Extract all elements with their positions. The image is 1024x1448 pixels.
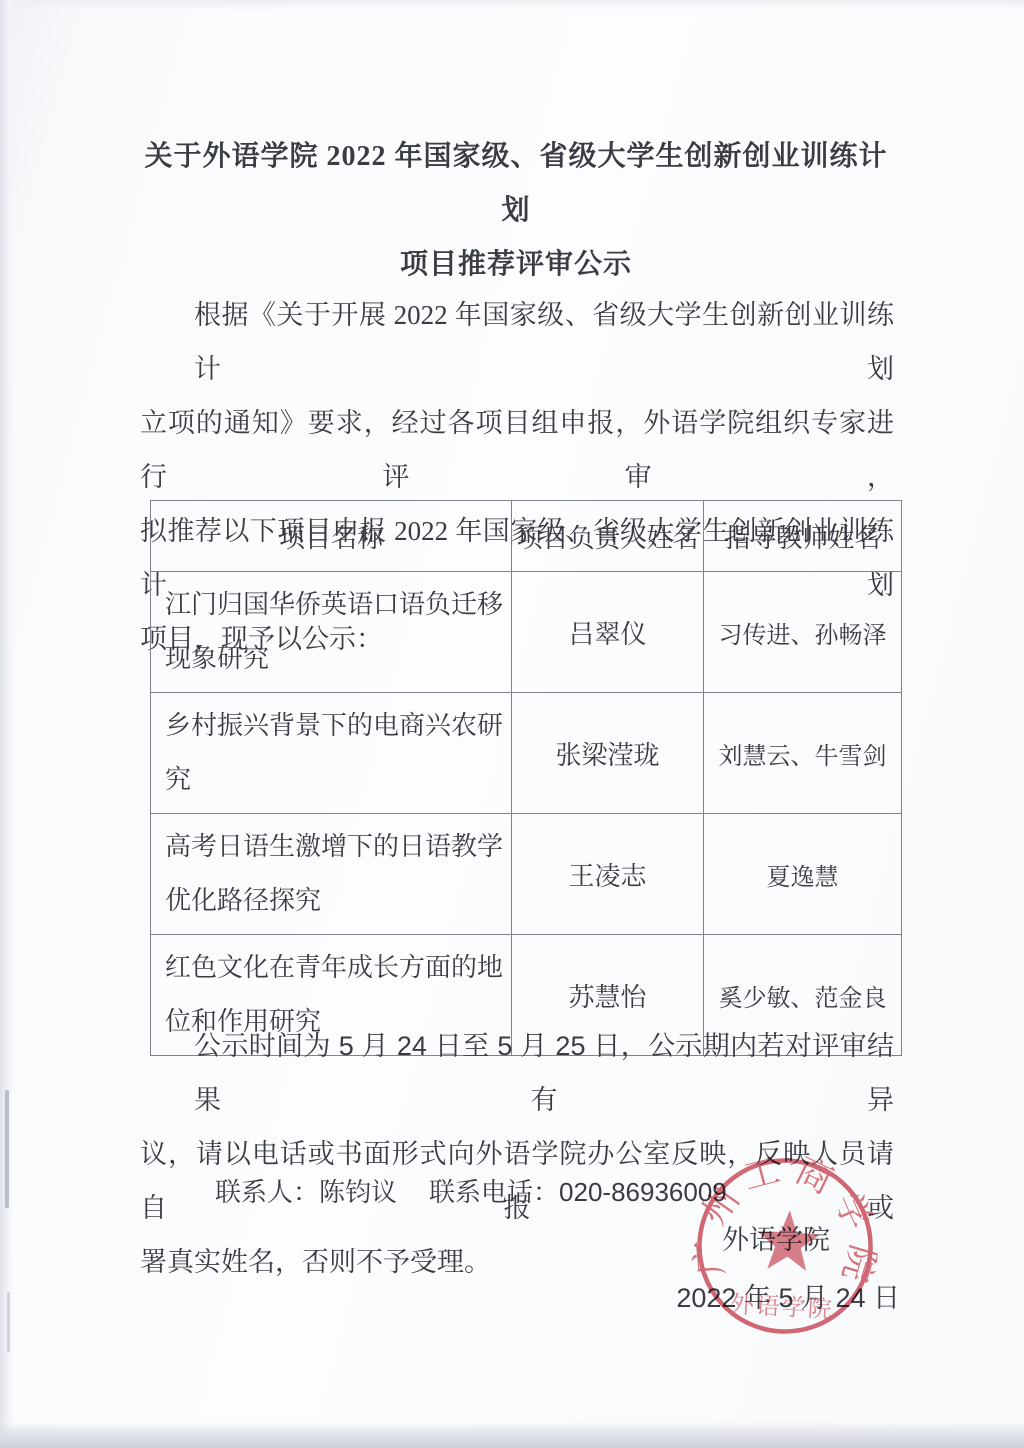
table-header-row: 项目名称 项目负责人姓名 指导教师姓名 <box>151 501 902 572</box>
cell-advisors: 习传进、孙畅泽 <box>704 572 902 693</box>
contact-phone-number: 020-86936009 <box>559 1177 727 1207</box>
scan-edge-left <box>0 0 14 1448</box>
cell-project: 乡村振兴背景下的电商兴农研究 <box>151 693 512 814</box>
intro-line: 根据《关于开展 2022 年国家级、省级大学生创新创业训练计划 <box>140 288 894 396</box>
cell-project: 高考日语生激增下的日语教学优化路径探究 <box>151 814 512 935</box>
notice-line: 公示时间为 5 月 24 日至 5 月 25 日，公示期内若对评审结果有异 <box>140 1019 894 1127</box>
intro-line: 立项的通知》要求，经过各项目组申报，外语学院组织专家进行评审， <box>140 396 894 504</box>
scan-edge-top <box>0 0 1024 10</box>
document-title: 关于外语学院 2022 年国家级、省级大学生创新创业训练计划 项目推荐评审公示 <box>140 130 892 292</box>
cell-leader: 王凌志 <box>512 814 704 935</box>
contact-line: 联系人：陈钧议联系电话：020-86936009 <box>215 1172 727 1209</box>
cell-leader: 吕翠仪 <box>512 572 704 693</box>
scan-artifact-mark <box>7 1292 10 1352</box>
signature-department: 外语学院 <box>722 1218 830 1257</box>
scan-edge-bottom <box>0 1422 1024 1448</box>
header-advisor-name: 指导教师姓名 <box>704 501 902 572</box>
title-line-1: 关于外语学院 2022 年国家级、省级大学生创新创业训练计划 <box>140 130 892 238</box>
cell-advisors: 刘慧云、牛雪剑 <box>704 693 902 814</box>
scan-artifact-mark <box>5 1090 9 1208</box>
header-project-name: 项目名称 <box>151 501 512 572</box>
table-row: 高考日语生激增下的日语教学优化路径探究 王凌志 夏逸慧 <box>151 814 902 935</box>
signature-date: 2022 年 5 月 24 日 <box>676 1276 900 1315</box>
table-row: 江门归国华侨英语口语负迁移现象研究 吕翠仪 习传进、孙畅泽 <box>151 572 902 693</box>
contact-person-label: 联系人： <box>215 1177 319 1207</box>
cell-project: 江门归国华侨英语口语负迁移现象研究 <box>151 572 512 693</box>
table-row: 乡村振兴背景下的电商兴农研究 张梁滢珑 刘慧云、牛雪剑 <box>151 693 902 814</box>
contact-phone-label: 联系电话： <box>429 1177 559 1207</box>
projects-table: 项目名称 项目负责人姓名 指导教师姓名 江门归国华侨英语口语负迁移现象研究 吕翠… <box>150 500 902 1056</box>
cell-advisors: 夏逸慧 <box>704 814 902 935</box>
contact-person-name: 陈钧议 <box>319 1177 397 1207</box>
cell-leader: 张梁滢珑 <box>512 693 704 814</box>
title-line-2: 项目推荐评审公示 <box>140 238 892 292</box>
header-leader-name: 项目负责人姓名 <box>512 501 704 572</box>
scanned-document-page: 关于外语学院 2022 年国家级、省级大学生创新创业训练计划 项目推荐评审公示 … <box>0 0 1024 1448</box>
